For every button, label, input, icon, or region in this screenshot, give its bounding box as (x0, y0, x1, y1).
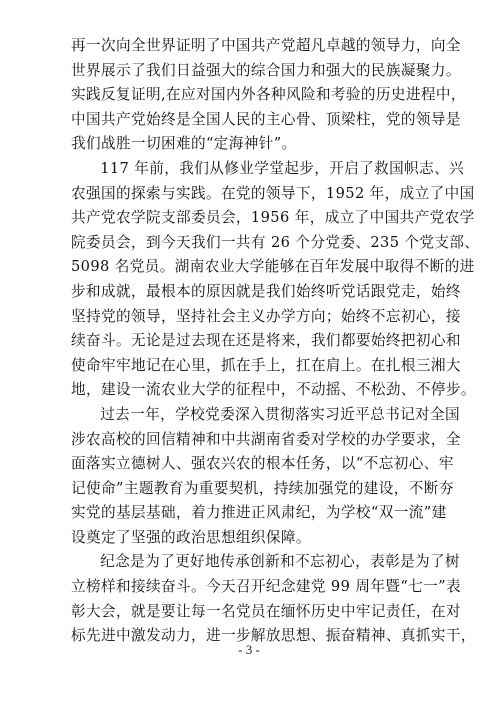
text-line: 纪念是为了更好地传承创新和不忘初心，表彰是为了树 (71, 550, 427, 575)
paragraph-2: 117 年前，我们从修业学堂起步，开启了救国帜志、兴 农强国的探索与实践。在党的… (71, 157, 427, 403)
text-line: 续奋斗。无论是过去现在还是将来，我们都要始终把初心和 (71, 329, 427, 354)
text-line: 立榜样和接续奋斗。今天召开纪念建党 99 周年暨“七一”表 (71, 575, 427, 600)
text-line: 过去一年，学校党委深入贯彻落实习近平总书记对全国 (71, 403, 427, 428)
text-line: 117 年前，我们从修业学堂起步，开启了救国帜志、兴 (71, 157, 427, 182)
document-page: 再一次向全世界证明了中国共产党超凡卓越的领导力，向全 世界展示了我们日益强大的综… (0, 0, 498, 701)
text-line: 我们战胜一切困难的“定海神针”。 (71, 132, 427, 157)
text-line: 实党的基层基础，着力推进正风肃纪，为学校“双一流”建 (71, 501, 427, 526)
text-line: 步和成就，最根本的原因就是我们始终听党话跟党走，始终 (71, 280, 427, 305)
text-line: 中国共产党始终是全国人民的主心骨、顶梁柱，党的领导是 (71, 108, 427, 133)
text-line: 彰大会，就是要让每一名党员在缅怀历史中牢记责任，在对 (71, 600, 427, 625)
paragraph-3: 过去一年，学校党委深入贯彻落实习近平总书记对全国 涉农高校的回信精神和中共湖南省… (71, 403, 427, 551)
text-line: 再一次向全世界证明了中国共产党超凡卓越的领导力，向全 (71, 34, 427, 59)
paragraph-1: 再一次向全世界证明了中国共产党超凡卓越的领导力，向全 世界展示了我们日益强大的综… (71, 34, 427, 157)
text-line: 坚持党的领导，坚持社会主义办学方向；始终不忘初心，接 (71, 305, 427, 330)
text-line: 院委员会，到今天我们一共有 26 个分党委、235 个党支部、 (71, 231, 427, 256)
text-line: 5098 名党员。湖南农业大学能够在百年发展中取得不断的进 (71, 255, 427, 280)
text-line: 农强国的探索与实践。在党的领导下，1952 年，成立了中国 (71, 182, 427, 207)
text-line: 面落实立德树人、强农兴农的根本任务，以“不忘初心、牢 (71, 452, 427, 477)
text-line: 涉农高校的回信精神和中共湖南省委对学校的办学要求，全 (71, 428, 427, 453)
text-line: 使命牢牢地记在心里，抓在手上，扛在肩上。在扎根三湘大 (71, 354, 427, 379)
text-line: 设奠定了坚强的政治思想组织保障。 (71, 526, 427, 551)
text-line: 记使命”主题教育为重要契机，持续加强党的建设，不断夯 (71, 477, 427, 502)
body-text: 再一次向全世界证明了中国共产党超凡卓越的领导力，向全 世界展示了我们日益强大的综… (71, 34, 427, 649)
text-line: 世界展示了我们日益强大的综合国力和强大的民族凝聚力。 (71, 59, 427, 84)
text-line: 实践反复证明,在应对国内外各种风险和考验的历史进程中， (71, 83, 427, 108)
page-number: - 3 - (0, 642, 498, 658)
text-line: 共产党农学院支部委员会，1956 年，成立了中国共产党农学 (71, 206, 427, 231)
text-line: 地，建设一流农业大学的征程中，不动摇、不松劲、不停步。 (71, 378, 427, 403)
paragraph-4: 纪念是为了更好地传承创新和不忘初心，表彰是为了树 立榜样和接续奋斗。今天召开纪念… (71, 550, 427, 648)
